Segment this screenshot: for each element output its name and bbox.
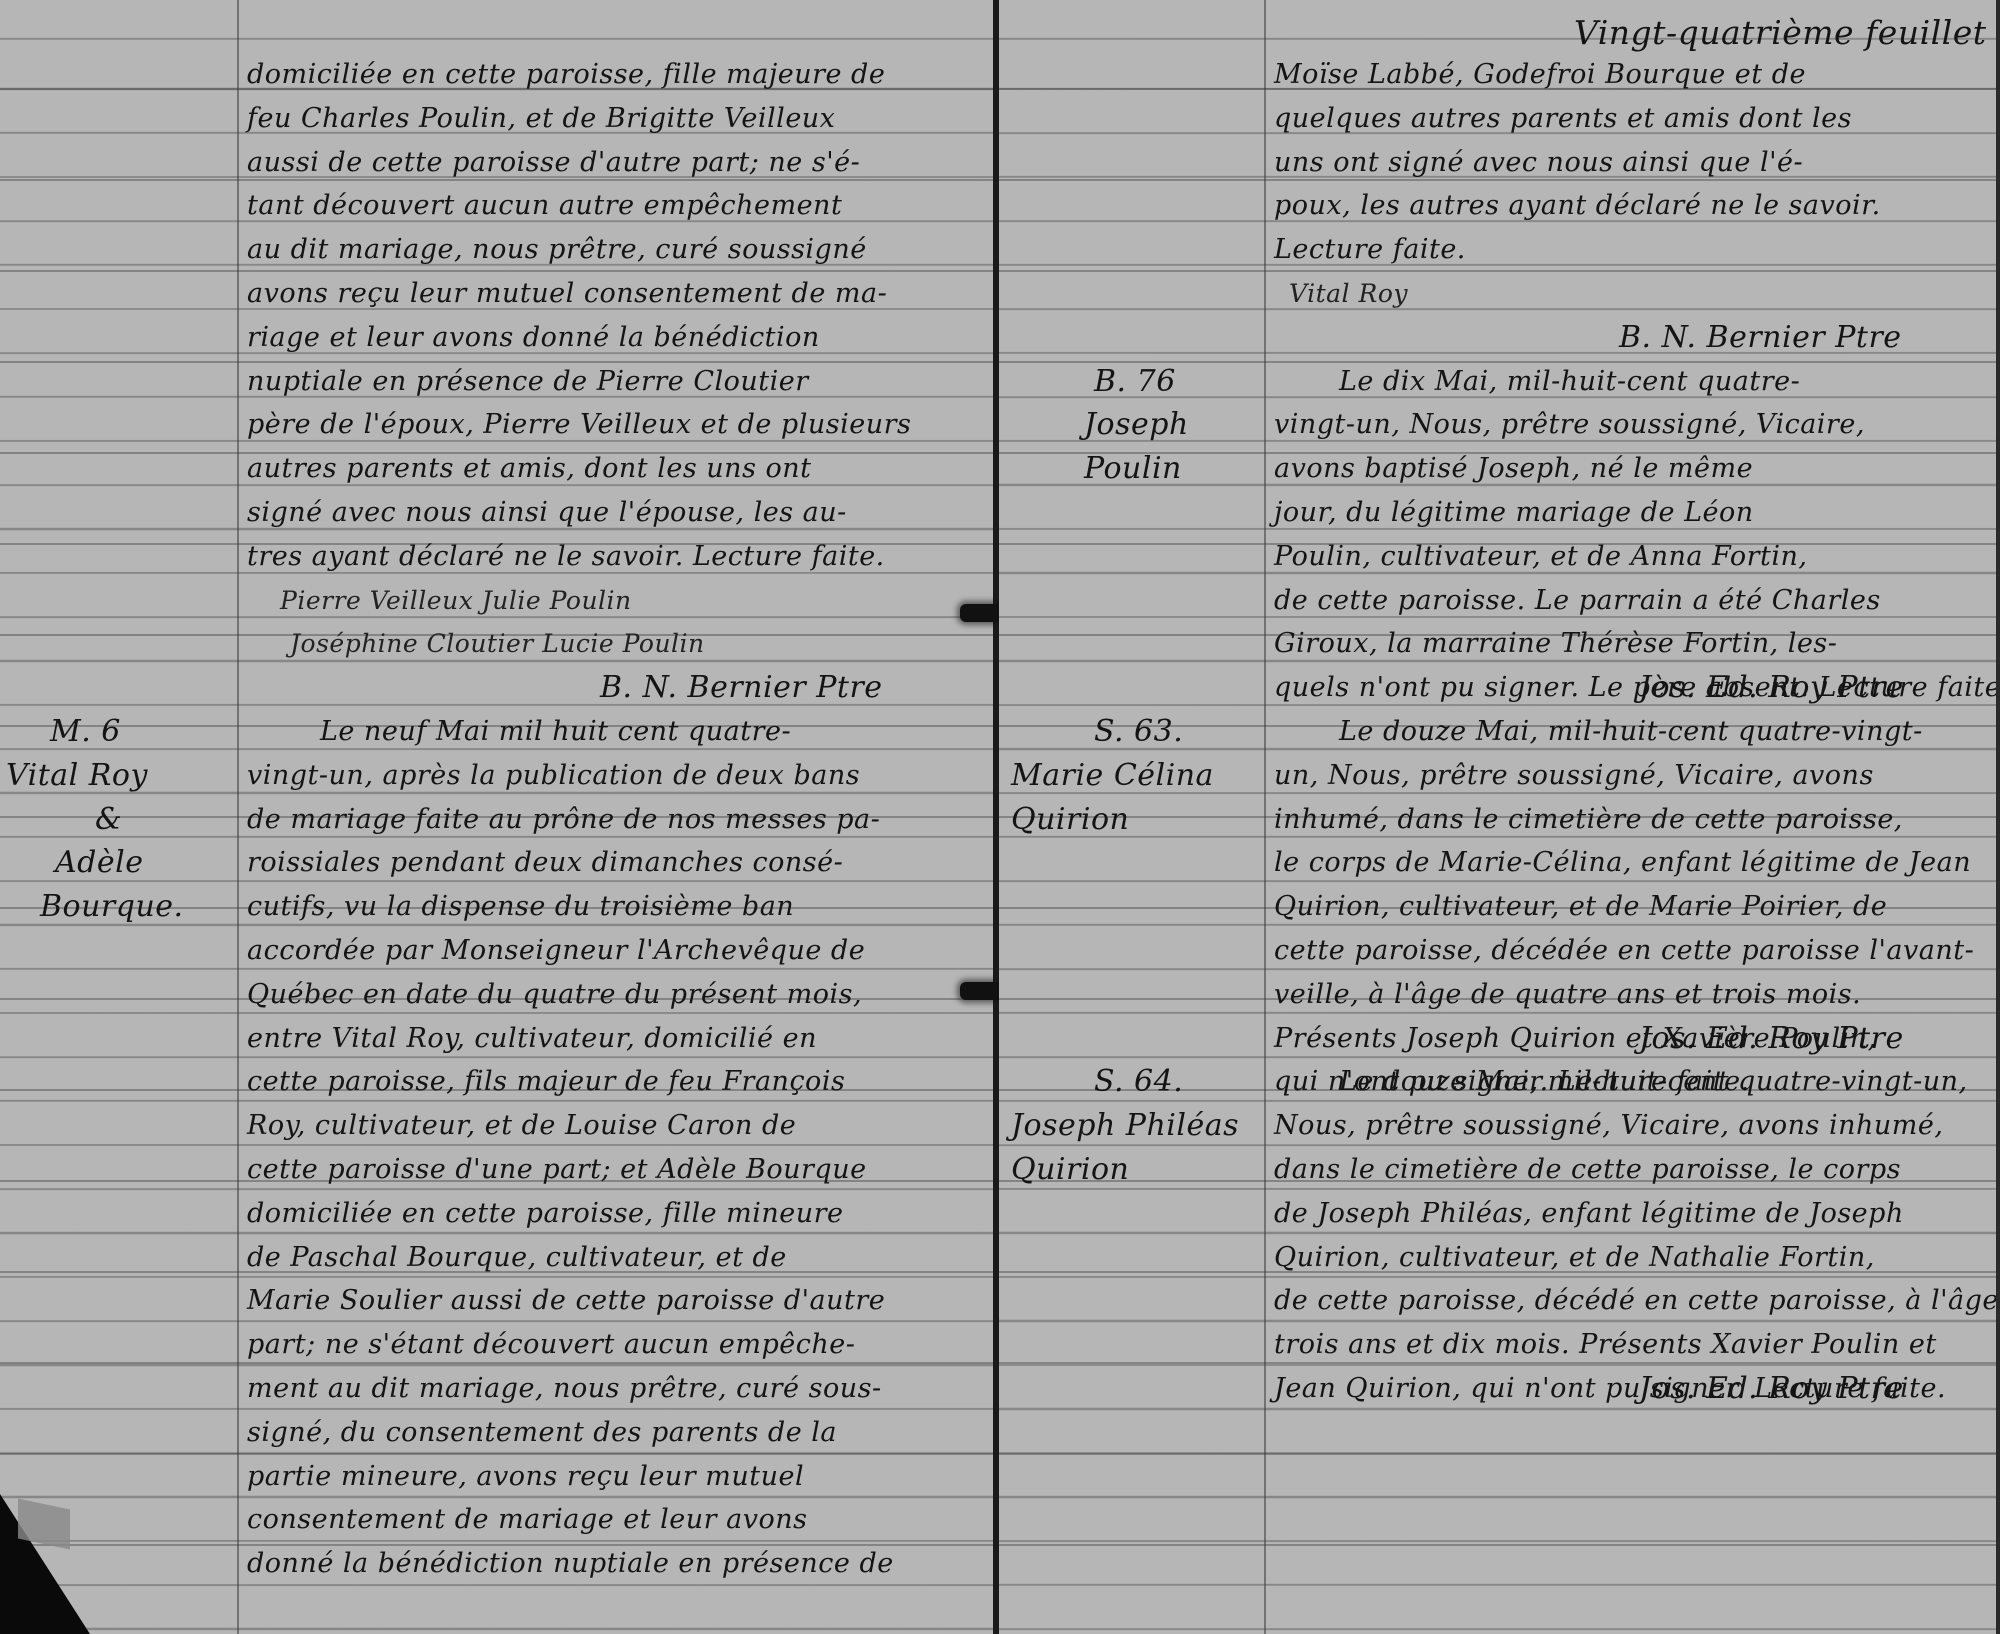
entry-text-line: Giroux, la marraine Thérèse Fortin, les- xyxy=(1274,629,1837,659)
entry-text-line: riage et leur avons donné la bénédiction xyxy=(247,323,820,353)
entry-text-line: de Paschal Bourque, cultivateur, et de xyxy=(247,1243,787,1273)
entry-margin-name: Poulin xyxy=(1084,454,1182,484)
entry-text-line: domiciliée en cette paroisse, fille mine… xyxy=(247,1199,844,1229)
entry-text-line: Moïse Labbé, Godefroi Bourque et de xyxy=(1274,60,1806,90)
entry-text-line: nuptiale en présence de Pierre Cloutier xyxy=(247,367,809,397)
entry-text-line: cette paroisse, décédée en cette paroiss… xyxy=(1274,936,1974,966)
entry-text-line: signé, du consentement des parents de la xyxy=(247,1418,837,1448)
entry-text-line: Quirion, cultivateur, et de Marie Poirie… xyxy=(1274,892,1887,922)
entry-margin-name: & xyxy=(95,805,122,835)
page-edge xyxy=(1996,0,2000,1634)
entry-text-line: Roy, cultivateur, et de Louise Caron de xyxy=(247,1111,796,1141)
right-page: Vingt-quatrième feuilletMoïse Labbé, God… xyxy=(999,0,2000,1634)
entry-text-line: cutifs, vu la dispense du troisième ban xyxy=(247,892,794,922)
margin-rule xyxy=(1264,0,1266,1634)
entry-code: B. 76 xyxy=(1094,367,1176,397)
entry-text-line: inhumé, dans le cimetière de cette paroi… xyxy=(1274,805,1903,835)
entry-text-line: partie mineure, avons reçu leur mutuel xyxy=(247,1462,804,1492)
witness-signatures: Joséphine Cloutier Lucie Poulin xyxy=(290,629,705,659)
entry-text-line: père de l'époux, Pierre Veilleux et de p… xyxy=(247,410,911,440)
entry-text-line: de mariage faite au prône de nos messes … xyxy=(247,805,880,835)
spouse-signature: Vital Roy xyxy=(1289,279,1408,309)
entry-text-line: vingt-un, Nous, prêtre soussigné, Vicair… xyxy=(1274,410,1865,440)
entry-text-line: Le douze Mai, mil-huit-cent quatre-vingt… xyxy=(1339,1067,1968,1097)
priest-signature: Jos. Ed. Roy Ptre xyxy=(1639,1024,1904,1054)
entry-text-line: Le dix Mai, mil-huit-cent quatre- xyxy=(1339,367,1800,397)
left-page: domiciliée en cette paroisse, fille maje… xyxy=(0,0,995,1634)
entry-margin-name: Marie Célina xyxy=(1011,761,1214,791)
entry-text-line: aussi de cette paroisse d'autre part; ne… xyxy=(247,148,860,178)
entry-text-line: de Joseph Philéas, enfant légitime de Jo… xyxy=(1274,1199,1904,1229)
entry-text-line: un, Nous, prêtre soussigné, Vicaire, avo… xyxy=(1274,761,1874,791)
entry-code: S. 63. xyxy=(1094,717,1183,747)
entry-text-line: autres parents et amis, dont les uns ont xyxy=(247,454,812,484)
entry-text-line: de cette paroisse. Le parrain a été Char… xyxy=(1274,586,1881,616)
entry-text-line: entre Vital Roy, cultivateur, domicilié … xyxy=(247,1024,817,1054)
entry-text-line: vingt-un, après la publication de deux b… xyxy=(247,761,860,791)
entry-text-line: de cette paroisse, décédé en cette paroi… xyxy=(1274,1286,2000,1316)
entry-margin-name: Joseph xyxy=(1084,410,1189,440)
entry-text-line: Poulin, cultivateur, et de Anna Fortin, xyxy=(1274,542,1807,572)
entry-margin-name: Joseph Philéas xyxy=(1011,1111,1239,1141)
entry-margin-name: Quirion xyxy=(1011,1155,1129,1185)
entry-text-line: jour, du légitime mariage de Léon xyxy=(1274,498,1754,528)
entry-code: M. 6 xyxy=(50,717,121,747)
priest-signature: B. N. Bernier Ptre xyxy=(1619,323,1902,353)
witness-signatures: Pierre Veilleux Julie Poulin xyxy=(280,586,632,616)
entry-text-line: part; ne s'étant découvert aucun empêche… xyxy=(247,1330,855,1360)
entry-text-line: cette paroisse d'une part; et Adèle Bour… xyxy=(247,1155,867,1185)
entry-margin-name: Quirion xyxy=(1011,805,1129,835)
entry-text-line: domiciliée en cette paroisse, fille maje… xyxy=(247,60,885,90)
entry-text-line: tant découvert aucun autre empêchement xyxy=(247,191,842,221)
priest-signature: B. N. Bernier Ptre xyxy=(600,673,883,703)
entry-text-line: avons reçu leur mutuel consentement de m… xyxy=(247,279,887,309)
entry-text-line: trois ans et dix mois. Présents Xavier P… xyxy=(1274,1330,1937,1360)
entry-text-line: dans le cimetière de cette paroisse, le … xyxy=(1274,1155,1901,1185)
entry-text-line: uns ont signé avec nous ainsi que l'é- xyxy=(1274,148,1803,178)
entry-margin-name: Vital Roy xyxy=(6,761,148,791)
entry-text-line: signé avec nous ainsi que l'épouse, les … xyxy=(247,498,847,528)
entry-code: S. 64. xyxy=(1094,1067,1183,1097)
entry-text-line: avons baptisé Joseph, né le même xyxy=(1274,454,1753,484)
priest-signature: Jos. Ed. Roy Ptre xyxy=(1639,1374,1904,1404)
entry-text-line: veille, à l'âge de quatre ans et trois m… xyxy=(1274,980,1861,1010)
entry-text-line: cette paroisse, fils majeur de feu Franç… xyxy=(247,1067,845,1097)
entry-text-line: le corps de Marie-Célina, enfant légitim… xyxy=(1274,848,1971,878)
entry-margin-name: Adèle xyxy=(55,848,143,878)
entry-text-line: Le neuf Mai mil huit cent quatre- xyxy=(320,717,791,747)
margin-rule xyxy=(237,0,239,1634)
entry-text-line: consentement de mariage et leur avons xyxy=(247,1505,808,1535)
entry-text-line: poux, les autres ayant déclaré ne le sav… xyxy=(1274,191,1881,221)
entry-text-line: tres ayant déclaré ne le savoir. Lecture… xyxy=(247,542,885,572)
entry-text-line: Lecture faite. xyxy=(1274,235,1466,265)
entry-text-line: donné la bénédiction nuptiale en présenc… xyxy=(247,1549,894,1579)
entry-text-line: au dit mariage, nous prêtre, curé soussi… xyxy=(247,235,867,265)
entry-text-line: Marie Soulier aussi de cette paroisse d'… xyxy=(247,1286,885,1316)
folio-header: Vingt-quatrième feuillet xyxy=(1574,18,1987,48)
entry-text-line: accordée par Monseigneur l'Archevêque de xyxy=(247,936,865,966)
entry-text-line: Québec en date du quatre du présent mois… xyxy=(247,980,862,1010)
entry-text-line: Nous, prêtre soussigné, Vicaire, avons i… xyxy=(1274,1111,1943,1141)
entry-text-line: ment au dit mariage, nous prêtre, curé s… xyxy=(247,1374,882,1404)
entry-text-line: Le douze Mai, mil-huit-cent quatre-vingt… xyxy=(1339,717,1923,747)
entry-text-line: quelques autres parents et amis dont les xyxy=(1274,104,1852,134)
entry-text-line: roissiales pendant deux dimanches consé- xyxy=(247,848,843,878)
entry-text-line: Quirion, cultivateur, et de Nathalie For… xyxy=(1274,1243,1875,1273)
entry-text-line: feu Charles Poulin, et de Brigitte Veill… xyxy=(247,104,835,134)
priest-signature: Jos. Ed. Roy Ptre xyxy=(1639,673,1904,703)
entry-margin-name: Bourque. xyxy=(40,892,184,922)
